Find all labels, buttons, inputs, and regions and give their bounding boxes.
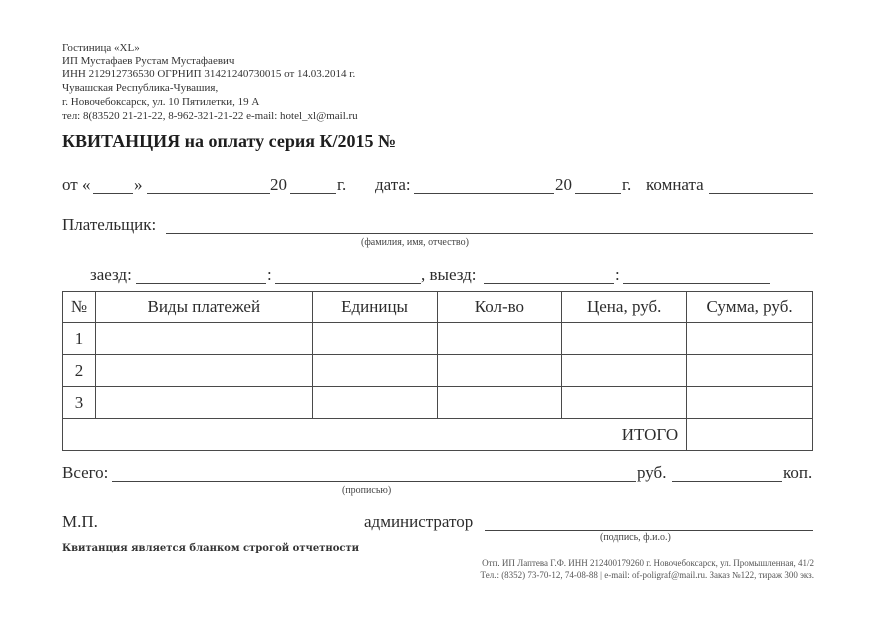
- date-field[interactable]: [414, 193, 554, 194]
- issuer-address: г. Новочебоксарск, ул. 10 Пятилетки, 19 …: [62, 96, 259, 110]
- kop-field[interactable]: [672, 481, 782, 482]
- row-number: 1: [63, 323, 96, 355]
- strict-report-note: Квитанция является бланком строгой отчет…: [62, 543, 359, 554]
- header-number: №: [63, 292, 96, 323]
- rub-label: руб.: [637, 463, 666, 483]
- date-year-field[interactable]: [575, 193, 621, 194]
- room-field[interactable]: [709, 193, 813, 194]
- year-field[interactable]: [290, 193, 336, 194]
- quote-close: »: [134, 175, 143, 195]
- checkout-date-field[interactable]: [484, 283, 614, 284]
- row-number: 3: [63, 387, 96, 419]
- admin-signature-field[interactable]: [485, 530, 813, 531]
- payments-table: № Виды платежей Единицы Кол-во Цена, руб…: [62, 291, 813, 451]
- table-header-row: № Виды платежей Единицы Кол-во Цена, руб…: [63, 292, 813, 323]
- table-row: 3: [63, 387, 813, 419]
- quantity-cell[interactable]: [437, 355, 562, 387]
- header-sum: Сумма, руб.: [687, 292, 813, 323]
- payer-label: Плательщик:: [62, 215, 156, 235]
- table-row: 1: [63, 323, 813, 355]
- price-cell[interactable]: [562, 323, 687, 355]
- room-label: комната: [646, 175, 704, 195]
- printer-line-2: Тел.: (8352) 73-70-12, 74-08-88 | e-mail…: [481, 569, 814, 581]
- checkout-colon: :: [615, 265, 620, 285]
- checkout-label: , выезд:: [421, 265, 476, 285]
- date-label: дата:: [375, 175, 411, 195]
- day-field[interactable]: [93, 193, 133, 194]
- payment-type-cell[interactable]: [95, 355, 312, 387]
- header-price: Цена, руб.: [562, 292, 687, 323]
- header-units: Единицы: [312, 292, 437, 323]
- kop-label: коп.: [783, 463, 812, 483]
- date-year-prefix: 20: [555, 175, 572, 195]
- admin-signature-caption: (подпись, ф.и.о.): [600, 532, 671, 543]
- total-value-cell[interactable]: [687, 419, 813, 451]
- admin-label: администратор: [364, 512, 473, 532]
- row-number: 2: [63, 355, 96, 387]
- price-cell[interactable]: [562, 387, 687, 419]
- total-words-field[interactable]: [112, 481, 636, 482]
- total-words-caption: (прописью): [342, 485, 391, 496]
- page-title: КВИТАНЦИЯ на оплату серия К/2015 №: [62, 131, 396, 152]
- checkin-date-field[interactable]: [136, 283, 266, 284]
- quantity-cell[interactable]: [437, 387, 562, 419]
- date-year-suffix: г.: [622, 175, 631, 195]
- total-label: ИТОГО: [63, 419, 687, 451]
- sum-cell[interactable]: [687, 323, 813, 355]
- table-row: 2: [63, 355, 813, 387]
- month-field[interactable]: [147, 193, 270, 194]
- checkin-time-field[interactable]: [275, 283, 421, 284]
- table-total-row: ИТОГО: [63, 419, 813, 451]
- checkin-colon: :: [267, 265, 272, 285]
- sum-cell[interactable]: [687, 355, 813, 387]
- quantity-cell[interactable]: [437, 323, 562, 355]
- issuer-contacts: тел: 8(83520 21-21-22, 8-962-321-21-22 e…: [62, 110, 358, 124]
- stamp-label: М.П.: [62, 512, 98, 532]
- printer-line-1: Отп. ИП Лаптева Г.Ф. ИНН 212400179260 г.…: [481, 557, 814, 569]
- year-suffix: г.: [337, 175, 346, 195]
- issuer-ids: ИНН 212912736530 ОГРНИП 31421240730015 о…: [62, 68, 355, 82]
- issuer-owner: ИП Мустафаев Рустам Мустафаевич: [62, 55, 234, 69]
- header-payment-type: Виды платежей: [95, 292, 312, 323]
- payment-type-cell[interactable]: [95, 387, 312, 419]
- total-words-label: Всего:: [62, 463, 108, 483]
- payer-caption: (фамилия, имя, отчество): [361, 237, 469, 248]
- units-cell[interactable]: [312, 323, 437, 355]
- sum-cell[interactable]: [687, 387, 813, 419]
- payment-type-cell[interactable]: [95, 323, 312, 355]
- units-cell[interactable]: [312, 387, 437, 419]
- units-cell[interactable]: [312, 355, 437, 387]
- issuer-region: Чувашская Республика-Чувашия,: [62, 82, 218, 96]
- checkin-label: заезд:: [90, 265, 132, 285]
- from-label: от «: [62, 175, 90, 195]
- issuer-name: Гостиница «XL»: [62, 42, 140, 56]
- checkout-time-field[interactable]: [623, 283, 770, 284]
- year-prefix: 20: [270, 175, 287, 195]
- header-quantity: Кол-во: [437, 292, 562, 323]
- price-cell[interactable]: [562, 355, 687, 387]
- printer-info: Отп. ИП Лаптева Г.Ф. ИНН 212400179260 г.…: [481, 557, 814, 581]
- payer-field[interactable]: [166, 233, 813, 234]
